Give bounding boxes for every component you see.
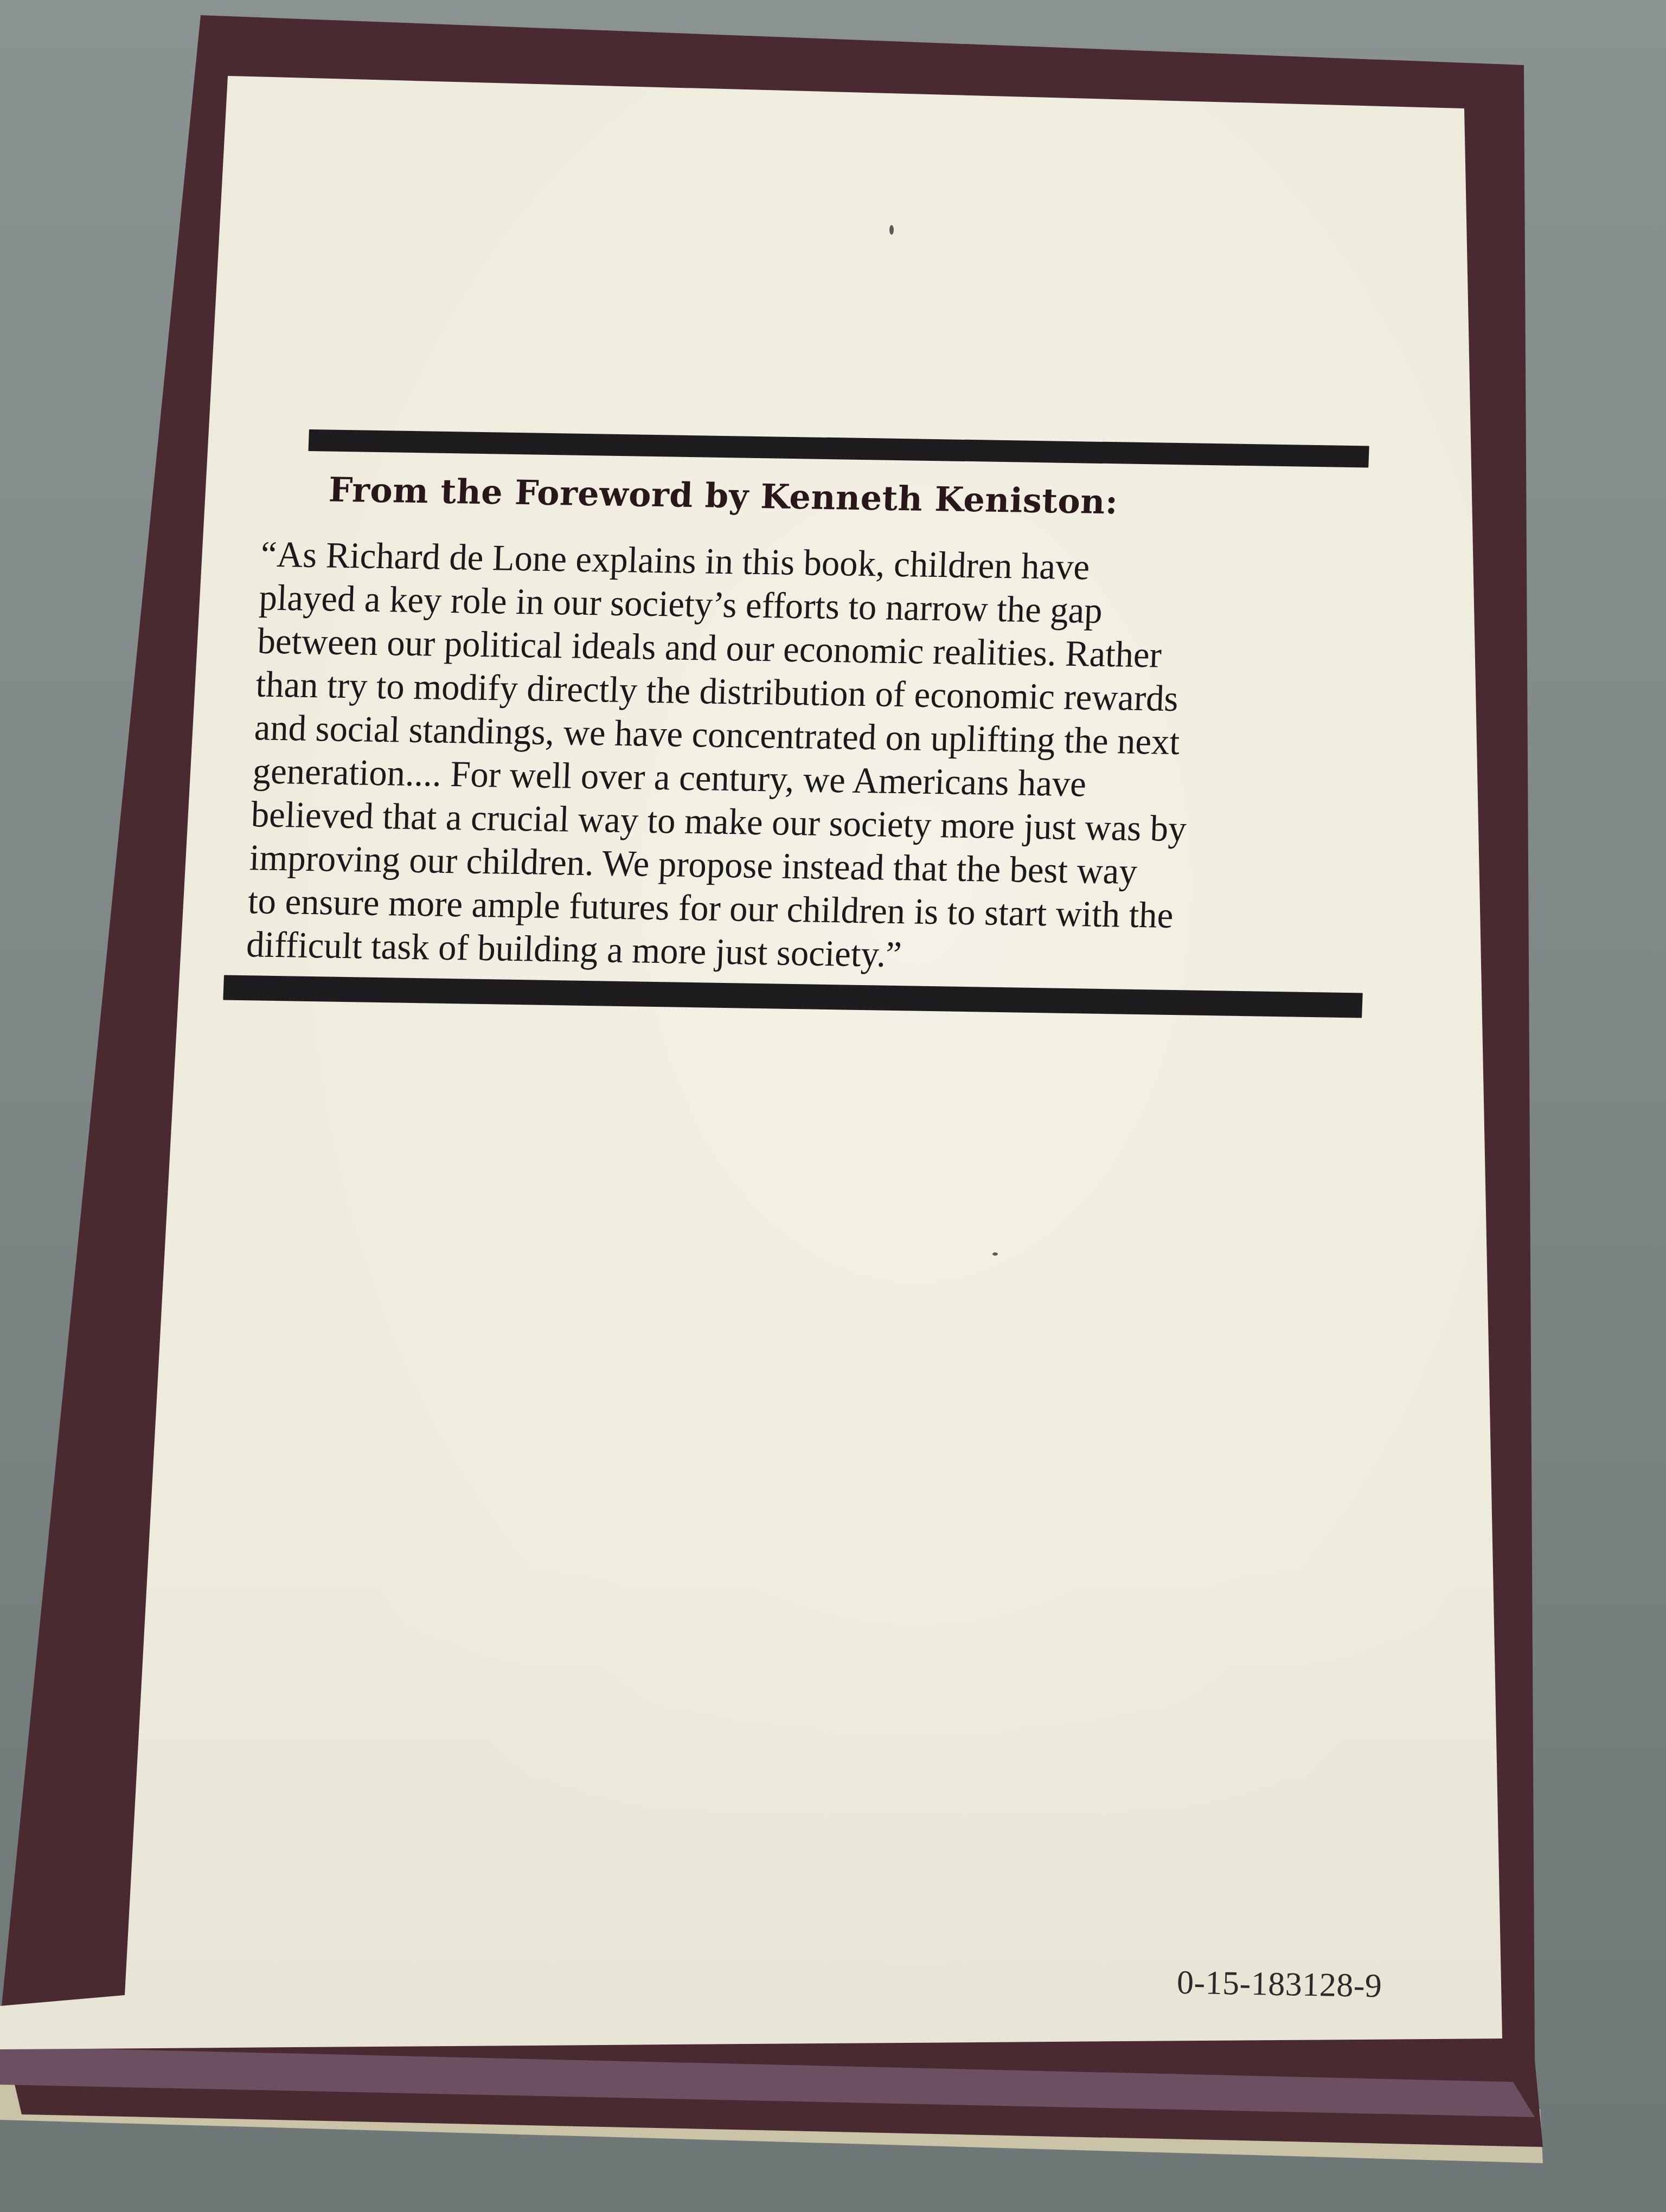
paper-speck: [889, 225, 894, 235]
foreword-heading: From the Foreword by Kenneth Keniston:: [328, 470, 1392, 526]
foreword-block: From the Foreword by Kenneth Keniston: “…: [223, 428, 1393, 1018]
isbn-number: 0-15-183128-9: [1176, 1964, 1382, 2006]
foreword-quote: “As Richard de Lone explains in this boo…: [225, 532, 1367, 983]
panel-lighting: [0, 0, 1666, 2212]
paper-speck: [992, 1252, 998, 1256]
